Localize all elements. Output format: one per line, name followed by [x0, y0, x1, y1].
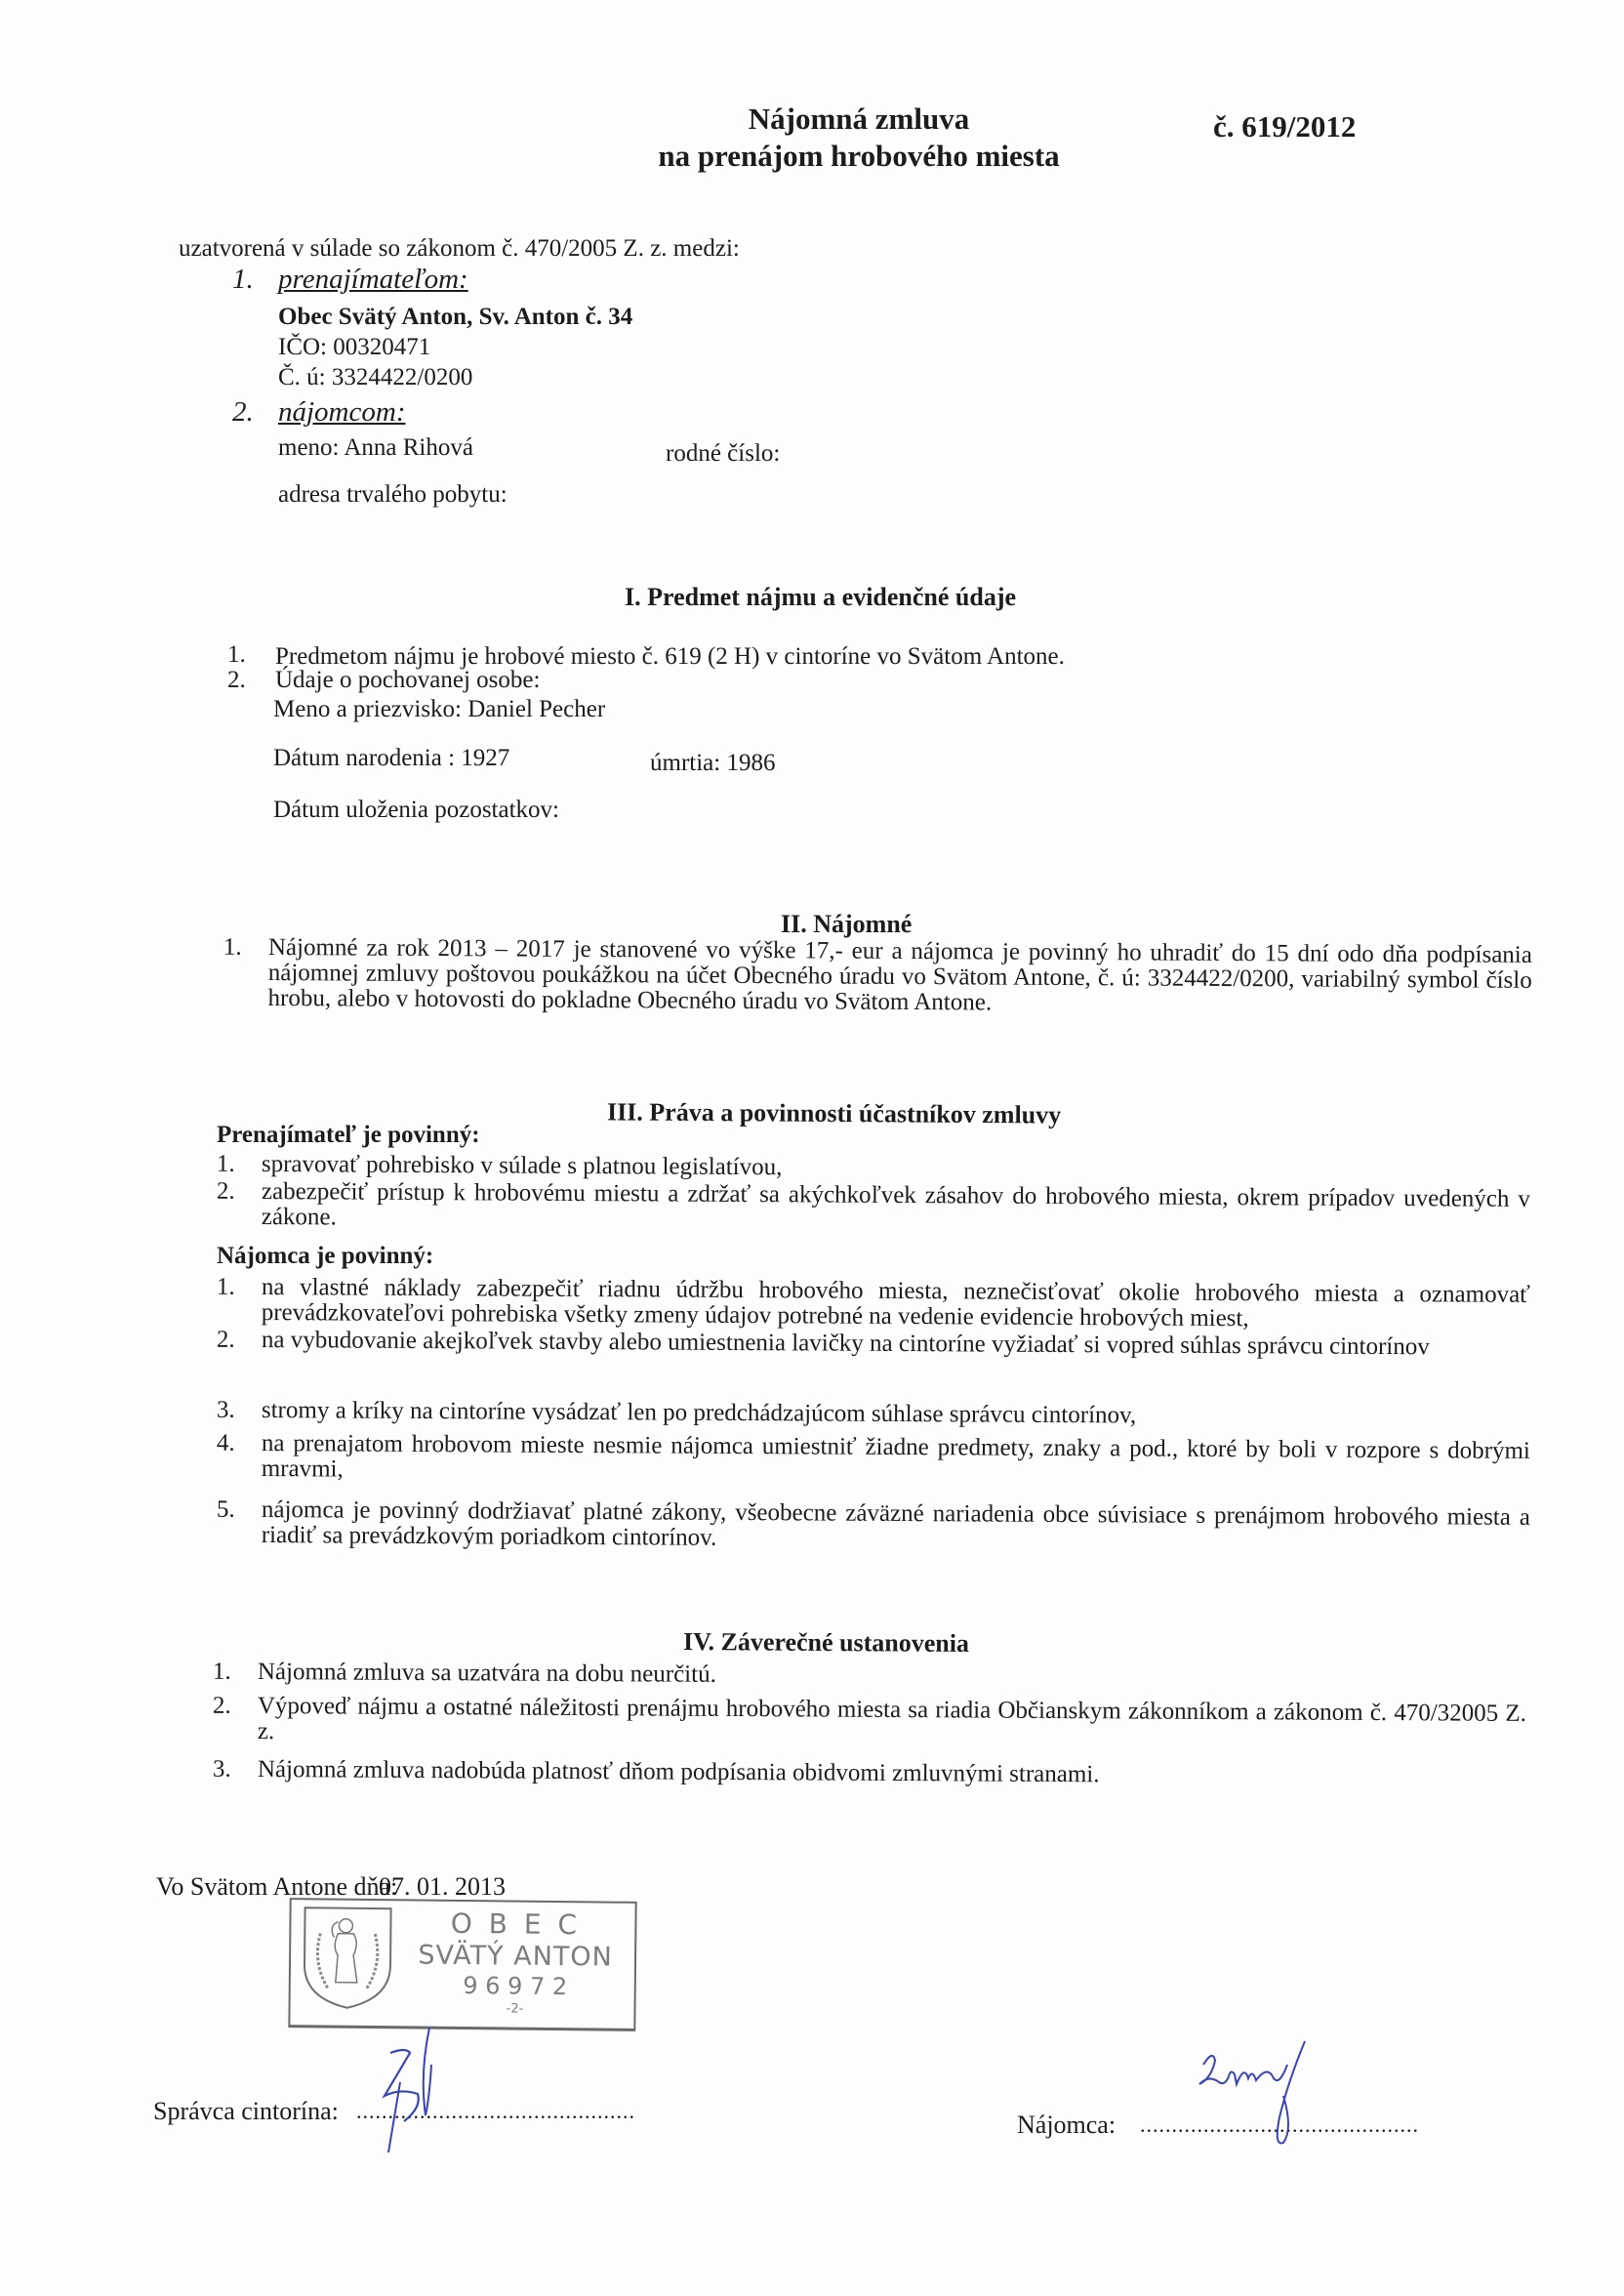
landlord-account: Č. ú: 3324422/0200	[278, 363, 472, 392]
section-1-heading: I. Predmet nájmu a evidenčné údaje	[625, 583, 1016, 612]
tenant-duty-1-number: 1.	[217, 1275, 235, 1300]
closing-item-2-text: Výpoveď nájmu a ostatné náležitosti pren…	[258, 1693, 1526, 1744]
tenant-duties-heading: Nájomca je povinný:	[217, 1242, 433, 1271]
tenant-duty-2-number: 2.	[217, 1328, 235, 1353]
tenant-duty-3-text: stromy a kríky na cintoríne vysádzať len…	[262, 1397, 1136, 1428]
landlord-duty-2-number: 2.	[217, 1179, 235, 1205]
tenant-duty-4-number: 4.	[217, 1431, 235, 1456]
landlord-name: Obec Svätý Anton, Sv. Anton č. 34	[278, 303, 632, 332]
section-2-item-1-text: Nájomné za rok 2013 – 2017 je stanovené …	[268, 934, 1532, 1016]
tenant-signature-icon	[1186, 2035, 1332, 2152]
landlord-ico: IČO: 00320471	[278, 333, 430, 362]
section-1-item-2-text: Údaje o pochovanej osobe:	[275, 666, 540, 695]
title-line-2: na prenájom hrobového miesta	[566, 139, 1152, 174]
signing-date: 07. 01. 2013	[379, 1872, 506, 1902]
closing-item-1-text: Nájomná zmluva sa uzatvára na dobu neurč…	[258, 1659, 716, 1688]
tenant-name: meno: Anna Rihová	[278, 433, 473, 463]
landlord-duty-2: 2. zabezpečiť prístup k hrobovému miestu…	[262, 1179, 1530, 1238]
section-4-heading: IV. Záverečné ustanovenia	[683, 1627, 969, 1659]
intro-text: uzatvorená v súlade so zákonom č. 470/20…	[179, 234, 740, 264]
tenant-duty-2: 2. na vybudovanie akejkoľvek stavby aleb…	[262, 1328, 1530, 1361]
stamp-line-4: -2-	[397, 2000, 631, 2018]
title-line-1: Nájomná zmluva	[566, 102, 1152, 137]
deceased-death: úmrtia: 1986	[650, 749, 775, 778]
closing-item-3: 3. Nájomná zmluva nadobúda platnosť dňom…	[258, 1757, 1526, 1790]
section-2-item-1: 1. Nájomné za rok 2013 – 2017 je stanove…	[268, 935, 1532, 1019]
tenant-duty-5: 5. nájomca je povinný dodržiavať platné …	[262, 1497, 1530, 1556]
stamp-line-2: SVÄTÝ ANTON	[398, 1940, 632, 1973]
contract-number: č. 619/2012	[1213, 109, 1356, 144]
section-1-item-2-number: 2.	[227, 666, 246, 695]
section-2-item-1-number: 1.	[223, 935, 242, 961]
tenant-duty-5-number: 5.	[217, 1497, 235, 1523]
coat-of-arms-icon	[300, 1904, 394, 2012]
tenant-duty-3-number: 3.	[217, 1398, 235, 1423]
tenant-duty-3: 3. stromy a kríky na cintoríne vysádzať …	[262, 1398, 1530, 1431]
closing-item-2-number: 2.	[213, 1694, 231, 1719]
landlord-duty-1-text: spravovať pohrebisko v súlade s platnou …	[262, 1151, 783, 1180]
landlord-duty-1-number: 1.	[217, 1152, 235, 1177]
party-1-label: prenajímateľom:	[278, 264, 468, 296]
tenant-duty-1-text: na vlastné náklady zabezpečiť riadnu údr…	[262, 1274, 1530, 1332]
tenant-address-label: adresa trvalého pobytu:	[278, 480, 507, 510]
administrator-label: Správca cintorína:	[153, 2097, 339, 2126]
closing-item-1: 1. Nájomná zmluva sa uzatvára na dobu ne…	[258, 1660, 1526, 1693]
tenant-duty-1: 1. na vlastné náklady zabezpečiť riadnu …	[262, 1275, 1530, 1333]
closing-item-3-number: 3.	[213, 1757, 231, 1783]
municipal-stamp: O B E C SVÄTÝ ANTON 9 6 9 7 2 -2-	[288, 1898, 636, 2031]
landlord-duty-2-text: zabezpečiť prístup k hrobovému miestu a …	[262, 1178, 1530, 1230]
signing-place-label: Vo Svätom Antone dňa:	[156, 1872, 397, 1902]
stamp-line-1: O B E C	[398, 1906, 632, 1942]
deceased-birth: Dátum narodenia : 1927	[273, 744, 509, 773]
tenant-duty-4: 4. na prenajatom hrobovom mieste nesmie …	[262, 1431, 1530, 1490]
tenant-duty-5-text: nájomca je povinný dodržiavať platné zák…	[262, 1496, 1530, 1551]
tenant-duty-4-text: na prenajatom hrobovom mieste nesmie náj…	[262, 1430, 1530, 1483]
tenant-birth-number-label: rodné číslo:	[666, 439, 780, 469]
party-2-label: nájomcom:	[278, 396, 405, 429]
party-1-number: 1.	[232, 264, 254, 296]
closing-item-3-text: Nájomná zmluva nadobúda platnosť dňom po…	[258, 1756, 1100, 1787]
burial-date-label: Dátum uloženia pozostatkov:	[273, 796, 559, 825]
deceased-name: Meno a priezvisko: Daniel Pecher	[273, 695, 605, 724]
landlord-duties-heading: Prenajímateľ je povinný:	[217, 1121, 480, 1150]
contract-page: Nájomná zmluva na prenájom hrobového mie…	[0, 0, 1624, 2296]
section-3-heading: III. Práva a povinnosti účastníkov zmluv…	[607, 1097, 1061, 1129]
closing-item-1-number: 1.	[213, 1660, 231, 1685]
tenant-signature-label: Nájomca:	[1017, 2111, 1116, 2140]
closing-item-2: 2. Výpoveď nájmu a ostatné náležitosti p…	[258, 1694, 1526, 1752]
party-2-number: 2.	[232, 396, 254, 429]
stamp-line-3: 9 6 9 7 2	[398, 1971, 632, 2001]
section-2-heading: II. Nájomné	[781, 910, 912, 939]
administrator-signature-icon	[361, 2026, 449, 2152]
